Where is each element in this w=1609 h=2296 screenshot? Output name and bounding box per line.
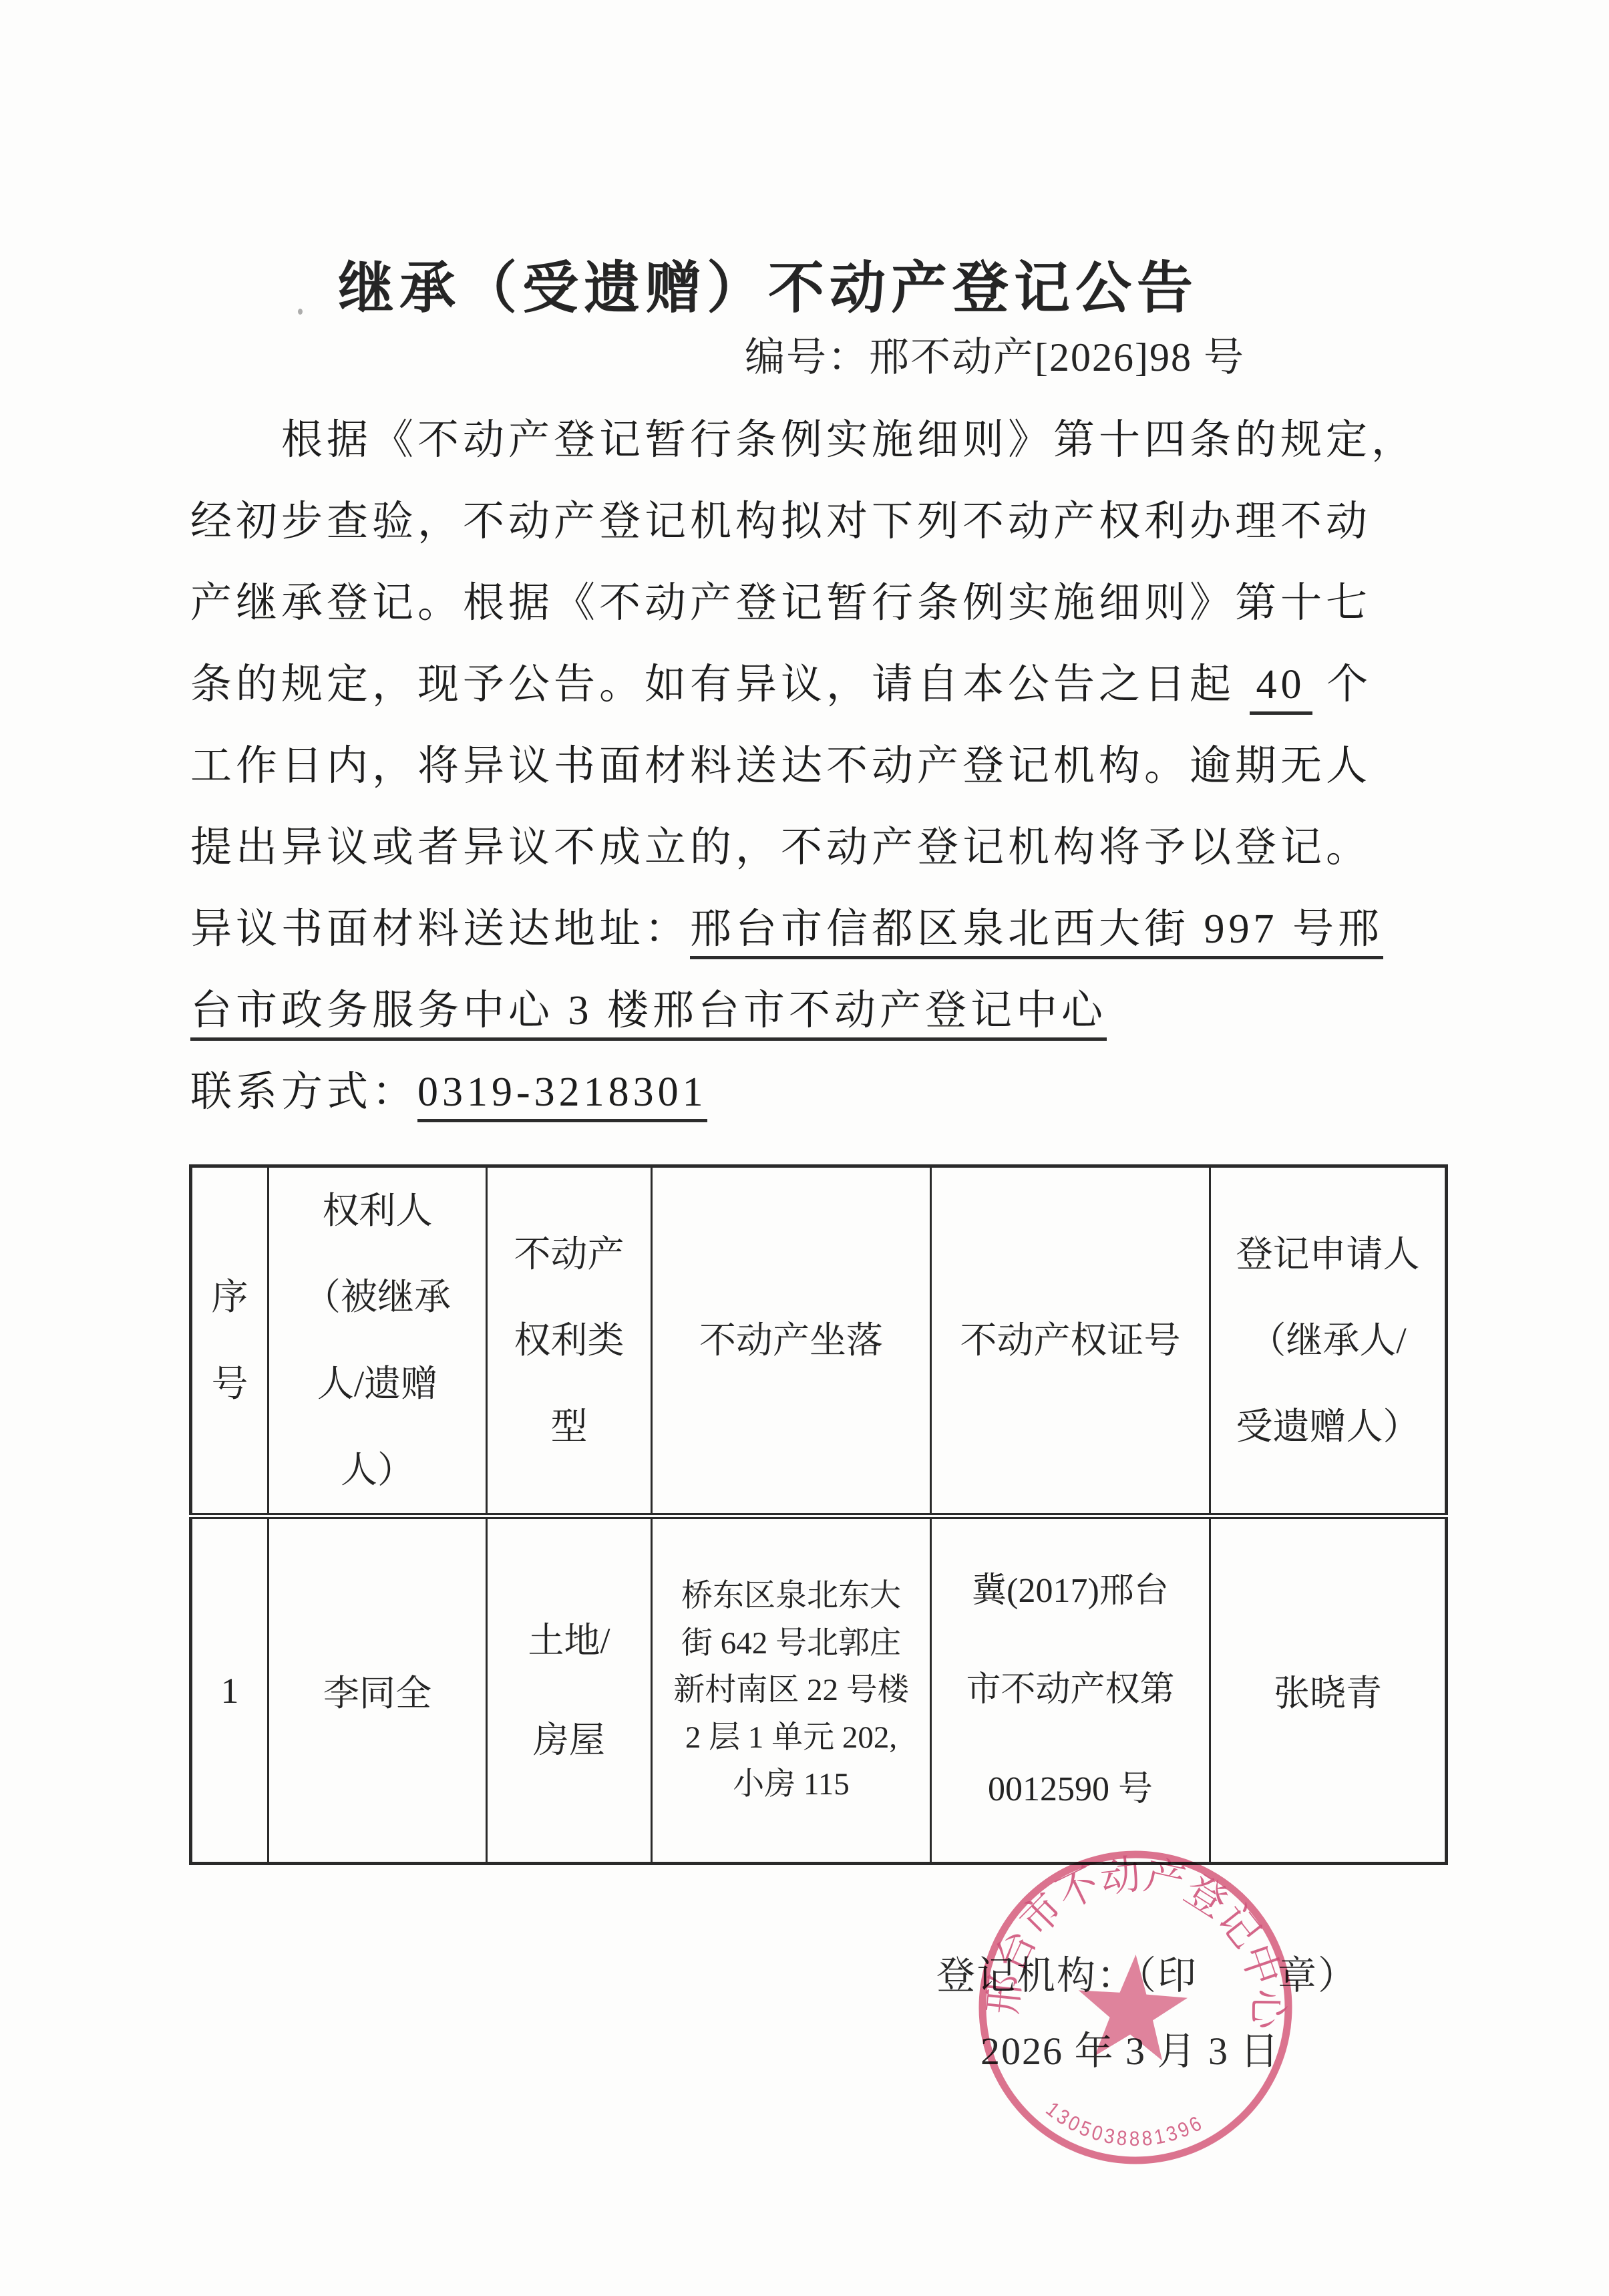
official-seal-stamp-icon: 邢台市不动产登记中心 1305038881396	[972, 1844, 1299, 2171]
cell-applicant: 张晓青	[1210, 1516, 1447, 1864]
body-text: 条的规定，现予公告。如有异议，请自本公告之日起	[190, 662, 1250, 707]
cell-cert-no: 冀(2017)邢台 市不动产权第 0012590 号	[931, 1516, 1210, 1864]
doc-number: 编号：邢不动产[2026]98 号	[745, 325, 1245, 383]
header-seq: 序 号	[191, 1166, 269, 1516]
star-icon	[1074, 1951, 1190, 2062]
table-header-row: 序 号 权利人 （被继承 人/遗赠 人） 不动产 权利类 型 不动产坐落 不动产…	[191, 1166, 1447, 1516]
body-line: 异议书面材料送达地址：邢台市信都区泉北西大街 997 号邢	[190, 888, 1386, 970]
body-text: 提出异议或者异议不成立的，不动产登记机构将予以登记。	[190, 825, 1371, 870]
body-text: 产继承登记。根据《不动产登记暂行条例实施细则》第十七	[190, 581, 1371, 626]
cell-location: 桥东区泉北东大 街 642 号北郭庄 新村南区 22 号楼 2 层 1 单元 2…	[652, 1516, 931, 1864]
table-row: 1 李同全 土地/ 房屋 桥东区泉北东大 街 642 号北郭庄 新村南区 22 …	[191, 1516, 1447, 1864]
cell-seq: 1	[191, 1516, 269, 1864]
cell-owner: 李同全	[269, 1516, 487, 1864]
announcement-body: 根据《不动产登记暂行条例实施细则》第十四条的规定， 经初步查验，不动产登记机构拟…	[190, 399, 1386, 1133]
contact-phone-value: 0319-3218301	[417, 1070, 707, 1122]
delivery-address-value: 邢台市信都区泉北西大街 997 号邢	[690, 907, 1383, 959]
body-line: 台市政务服务中心 3 楼邢台市不动产登记中心	[190, 970, 1386, 1051]
header-owner: 权利人 （被继承 人/遗赠 人）	[269, 1166, 487, 1516]
header-right-type: 不动产 权利类 型	[487, 1166, 652, 1516]
body-text: 个	[1312, 662, 1373, 707]
delivery-address-label: 异议书面材料送达地址：	[190, 907, 690, 952]
page-title: 继承（受遗赠）不动产登记公告	[0, 243, 1536, 324]
announcement-document: 继承（受遗赠）不动产登记公告 编号：邢不动产[2026]98 号 根据《不动产登…	[0, 0, 1609, 2296]
scan-artifact-dot	[298, 309, 303, 315]
body-line: 条的规定，现予公告。如有异议，请自本公告之日起 40 个	[190, 644, 1386, 725]
header-applicant: 登记申请人 （继承人/ 受遗赠人）	[1210, 1166, 1447, 1516]
header-location: 不动产坐落	[652, 1166, 931, 1516]
body-line: 经初步查验，不动产登记机构拟对下列不动产权利办理不动	[190, 481, 1386, 562]
body-line: 工作日内，将异议书面材料送达不动产登记机构。逾期无人	[190, 725, 1386, 807]
delivery-address-value: 台市政务服务中心 3 楼邢台市不动产登记中心	[190, 988, 1107, 1041]
body-text: 经初步查验，不动产登记机构拟对下列不动产权利办理不动	[190, 499, 1371, 544]
contact-label: 联系方式：	[190, 1070, 417, 1115]
body-line: 产继承登记。根据《不动产登记暂行条例实施细则》第十七	[190, 562, 1386, 644]
body-text: 工作日内，将异议书面材料送达不动产登记机构。逾期无人	[190, 744, 1371, 789]
body-line: 提出异议或者异议不成立的，不动产登记机构将予以登记。	[190, 807, 1386, 888]
body-text: 根据《不动产登记暂行条例实施细则》第十四条的规定，	[281, 418, 1417, 463]
objection-days-value: 40	[1250, 662, 1312, 715]
body-line: 联系方式：0319-3218301	[190, 1051, 1386, 1133]
cell-right-type: 土地/ 房屋	[487, 1516, 652, 1864]
body-line: 根据《不动产登记暂行条例实施细则》第十四条的规定，	[190, 399, 1386, 481]
registration-table: 序 号 权利人 （被继承 人/遗赠 人） 不动产 权利类 型 不动产坐落 不动产…	[189, 1164, 1448, 1865]
header-cert-no: 不动产权证号	[931, 1166, 1210, 1516]
